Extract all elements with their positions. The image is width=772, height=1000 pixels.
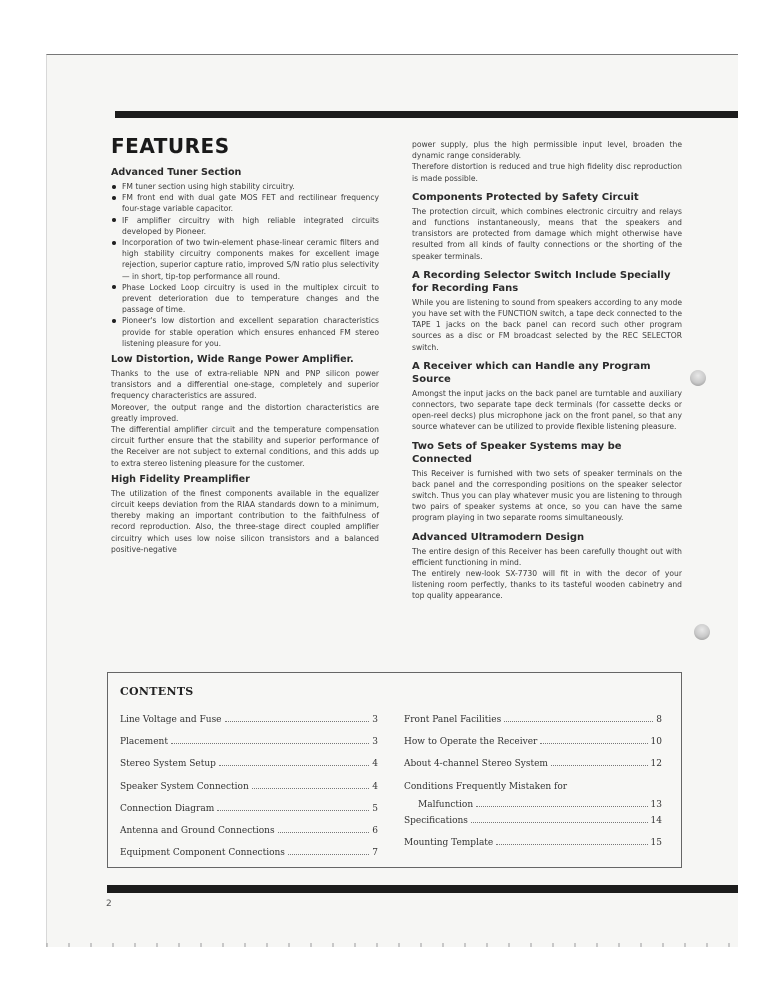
section-preamplifier-continued: power supply, plus the high permissible … — [412, 139, 682, 184]
paragraph: power supply, plus the high permissible … — [412, 139, 682, 161]
toc-page-number: 12 — [651, 759, 662, 769]
paragraph: While you are listening to sound from sp… — [412, 297, 682, 353]
bullet-item: Pioneer's low distortion and excellent s… — [111, 315, 379, 349]
paragraph: Moreover, the output range and the disto… — [111, 402, 379, 424]
section-preamplifier: High Fidelity Preamplifier The utilizati… — [111, 473, 379, 555]
toc-leader-dots — [219, 765, 369, 766]
toc-label: Placement — [120, 737, 168, 747]
toc-leader-dots — [496, 844, 647, 845]
section-heading: A Receiver which can Handle any Program … — [412, 360, 682, 386]
contents-left-list: Line Voltage and Fuse3 Placement3 Stereo… — [120, 715, 378, 870]
toc-leader-dots — [471, 822, 648, 823]
section-ultramodern-design: Advanced Ultramodern Design The entire d… — [412, 531, 682, 602]
features-title: FEATURES — [111, 134, 379, 158]
contents-title: CONTENTS — [120, 685, 194, 698]
toc-entry[interactable]: Speaker System Connection4 — [120, 782, 378, 804]
binder-punch-hole-icon — [690, 370, 706, 386]
contents-right-list: Front Panel Facilities8 How to Operate t… — [404, 715, 662, 860]
section-power-amplifier: Low Distortion, Wide Range Power Amplifi… — [111, 353, 379, 469]
toc-entry[interactable]: Stereo System Setup4 — [120, 759, 378, 781]
toc-label: Specifications — [404, 816, 468, 826]
toc-page-number: 15 — [651, 838, 662, 848]
toc-entry[interactable]: Specifications14 — [404, 816, 662, 838]
toc-entry[interactable]: Conditions Frequently Mistaken for Malfu… — [404, 782, 662, 816]
section-heading: Components Protected by Safety Circuit — [412, 191, 682, 204]
toc-label: Connection Diagram — [120, 804, 214, 814]
toc-page-number: 6 — [372, 826, 378, 836]
toc-entry[interactable]: Line Voltage and Fuse3 — [120, 715, 378, 737]
paragraph: The entire design of this Receiver has b… — [412, 546, 682, 568]
toc-label: Mounting Template — [404, 838, 493, 848]
toc-entry[interactable]: How to Operate the Receiver10 — [404, 737, 662, 759]
bullet-item: FM front end with dual gate MOS FET and … — [111, 192, 379, 214]
toc-entry[interactable]: Placement3 — [120, 737, 378, 759]
section-recording-selector: A Recording Selector Switch Include Spec… — [412, 269, 682, 353]
toc-label: Antenna and Ground Connections — [120, 826, 275, 836]
toc-page-number: 4 — [372, 759, 378, 769]
toc-entry[interactable]: Connection Diagram5 — [120, 804, 378, 826]
toc-label-continued: Malfunction — [418, 800, 473, 810]
page-number: 2 — [106, 899, 112, 909]
tuner-bullet-list: FM tuner section using high stability ci… — [111, 181, 379, 349]
toc-page-number: 3 — [372, 737, 378, 747]
section-program-source: A Receiver which can Handle any Program … — [412, 360, 682, 433]
toc-entry[interactable]: Front Panel Facilities8 — [404, 715, 662, 737]
toc-leader-dots — [278, 832, 370, 833]
toc-entry[interactable]: Antenna and Ground Connections6 — [120, 826, 378, 848]
section-heading: Advanced Ultramodern Design — [412, 531, 682, 544]
toc-leader-dots — [288, 854, 369, 855]
toc-page-number: 8 — [656, 715, 662, 725]
toc-label: How to Operate the Receiver — [404, 737, 537, 747]
paragraph: Amongst the input jacks on the back pane… — [412, 388, 682, 433]
features-left-column: FEATURES Advanced Tuner Section FM tuner… — [111, 134, 379, 555]
section-speaker-systems: Two Sets of Speaker Systems may be Conne… — [412, 440, 682, 524]
toc-label: Line Voltage and Fuse — [120, 715, 222, 725]
toc-page-number: 3 — [372, 715, 378, 725]
toc-page-number: 14 — [651, 816, 662, 826]
paragraph: The protection circuit, which combines e… — [412, 206, 682, 262]
paragraph: The differential amplifier circuit and t… — [111, 424, 379, 469]
section-heading: Two Sets of Speaker Systems may be Conne… — [412, 440, 682, 466]
toc-label: Stereo System Setup — [120, 759, 216, 769]
toc-page-number: 7 — [372, 848, 378, 858]
paragraph: This Receiver is furnished with two sets… — [412, 468, 682, 524]
toc-page-number: 10 — [651, 737, 662, 747]
toc-page-number: 5 — [372, 804, 378, 814]
page-bottom-edge — [46, 943, 738, 947]
binder-punch-hole-icon — [694, 624, 710, 640]
toc-leader-dots — [551, 765, 648, 766]
toc-leader-dots — [504, 721, 653, 722]
toc-leader-dots — [476, 806, 647, 807]
bullet-item: Phase Locked Loop circuitry is used in t… — [111, 282, 379, 316]
toc-entry[interactable]: About 4-channel Stereo System12 — [404, 759, 662, 781]
bullet-item: FM tuner section using high stability ci… — [111, 181, 379, 192]
bullet-item: Incorporation of two twin-element phase-… — [111, 237, 379, 282]
section-safety-circuit: Components Protected by Safety Circuit T… — [412, 191, 682, 262]
section-heading: High Fidelity Preamplifier — [111, 473, 379, 486]
toc-entry[interactable]: Mounting Template15 — [404, 838, 662, 860]
bottom-rule — [107, 885, 738, 893]
toc-leader-dots — [217, 810, 369, 811]
section-heading: Low Distortion, Wide Range Power Amplifi… — [111, 353, 379, 366]
section-tuner: Advanced Tuner Section FM tuner section … — [111, 166, 379, 349]
toc-label: About 4-channel Stereo System — [404, 759, 548, 769]
paragraph: The entirely new-look SX-7730 will fit i… — [412, 568, 682, 602]
toc-leader-dots — [252, 788, 370, 789]
paragraph: The utilization of the finest components… — [111, 488, 379, 555]
toc-page-number: 4 — [372, 782, 378, 792]
toc-label: Front Panel Facilities — [404, 715, 501, 725]
toc-label: Speaker System Connection — [120, 782, 249, 792]
toc-page-number: 13 — [651, 800, 662, 810]
paragraph: Therefore distortion is reduced and true… — [412, 161, 682, 183]
toc-label: Equipment Component Connections — [120, 848, 285, 858]
toc-leader-dots — [171, 743, 369, 744]
section-heading: A Recording Selector Switch Include Spec… — [412, 269, 682, 295]
features-right-column: power supply, plus the high permissible … — [412, 139, 682, 602]
toc-entry[interactable]: Equipment Component Connections7 — [120, 848, 378, 870]
bullet-item: IF amplifier circuitry with high reliabl… — [111, 215, 379, 237]
toc-leader-dots — [540, 743, 647, 744]
toc-leader-dots — [225, 721, 370, 722]
contents-box: CONTENTS Line Voltage and Fuse3 Placemen… — [107, 672, 682, 868]
toc-label: Conditions Frequently Mistaken for — [404, 782, 567, 792]
top-rule — [115, 111, 738, 118]
section-heading: Advanced Tuner Section — [111, 166, 379, 179]
paragraph: Thanks to the use of extra-reliable NPN … — [111, 368, 379, 402]
